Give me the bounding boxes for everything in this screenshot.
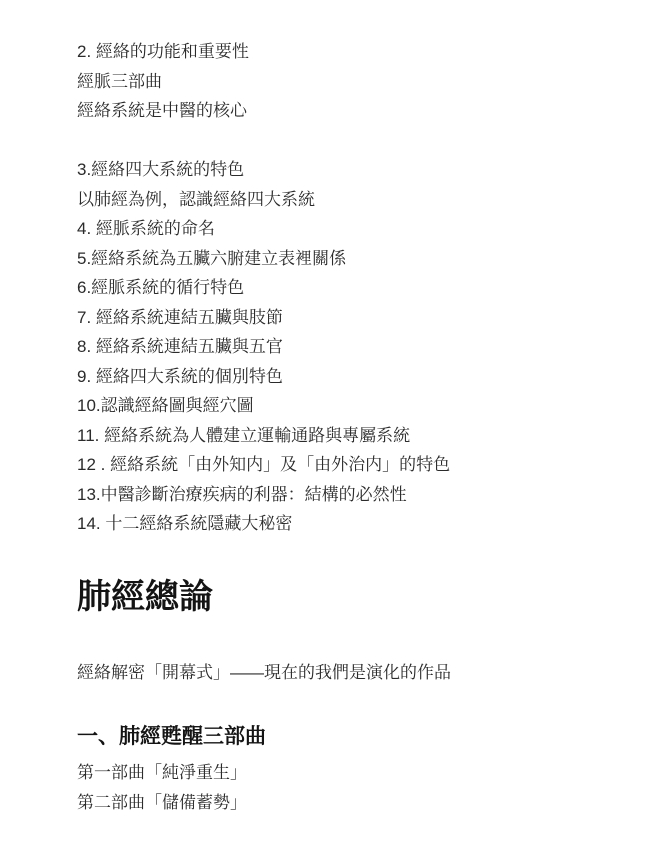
subsection-line: 第二部曲「儲備蓄勢」 <box>77 788 610 818</box>
toc-line: 14. 十二經絡系統隱藏大秘密 <box>77 509 610 539</box>
toc-line: 以肺經為例，認識經絡四大系統 <box>77 185 610 215</box>
subsection-line-list: 第一部曲「純淨重生」第二部曲「儲備蓄勢」 <box>77 758 610 817</box>
blank-line <box>77 126 610 156</box>
toc-line: 3.經絡四大系統的特色 <box>77 155 610 185</box>
text-line: 經脈三部曲 <box>77 67 610 97</box>
document-page: 2. 經絡的功能和重要性經脈三部曲經絡系統是中醫的核心 3.經絡四大系統的特色以… <box>0 0 650 850</box>
toc-line: 13.中醫診斷治療疾病的利器：結構的必然性 <box>77 480 610 510</box>
toc-line: 7. 經絡系統連結五臟與肢節 <box>77 303 610 333</box>
toc-line: 4. 經脈系統的命名 <box>77 214 610 244</box>
subsection-line: 第一部曲「純淨重生」 <box>77 758 610 788</box>
toc-line: 5.經絡系統為五臟六腑建立表裡關係 <box>77 244 610 274</box>
text-line: 經絡系統是中醫的核心 <box>77 96 610 126</box>
section-intro: 經絡解密「開幕式」——現在的我們是演化的作品 <box>77 658 610 688</box>
intro-line-list: 2. 經絡的功能和重要性經脈三部曲經絡系統是中醫的核心 <box>77 37 610 126</box>
toc-line: 11. 經絡系統為人體建立運輸通路與專屬系統 <box>77 421 610 451</box>
toc-line: 9. 經絡四大系統的個別特色 <box>77 362 610 392</box>
subsection-title: 一、肺經甦醒三部曲 <box>77 724 610 749</box>
toc-line: 8. 經絡系統連結五臟與五官 <box>77 332 610 362</box>
toc-line: 6.經脈系統的循行特色 <box>77 273 610 303</box>
toc-line-list: 3.經絡四大系統的特色以肺經為例，認識經絡四大系統4. 經脈系統的命名5.經絡系… <box>77 155 610 539</box>
toc-line: 12 . 經絡系統「由外知内」及「由外治内」的特色 <box>77 450 610 480</box>
section-title: 肺經總論 <box>77 577 610 618</box>
text-line: 2. 經絡的功能和重要性 <box>77 37 610 67</box>
toc-line: 10.認識經絡圖與經穴圖 <box>77 391 610 421</box>
